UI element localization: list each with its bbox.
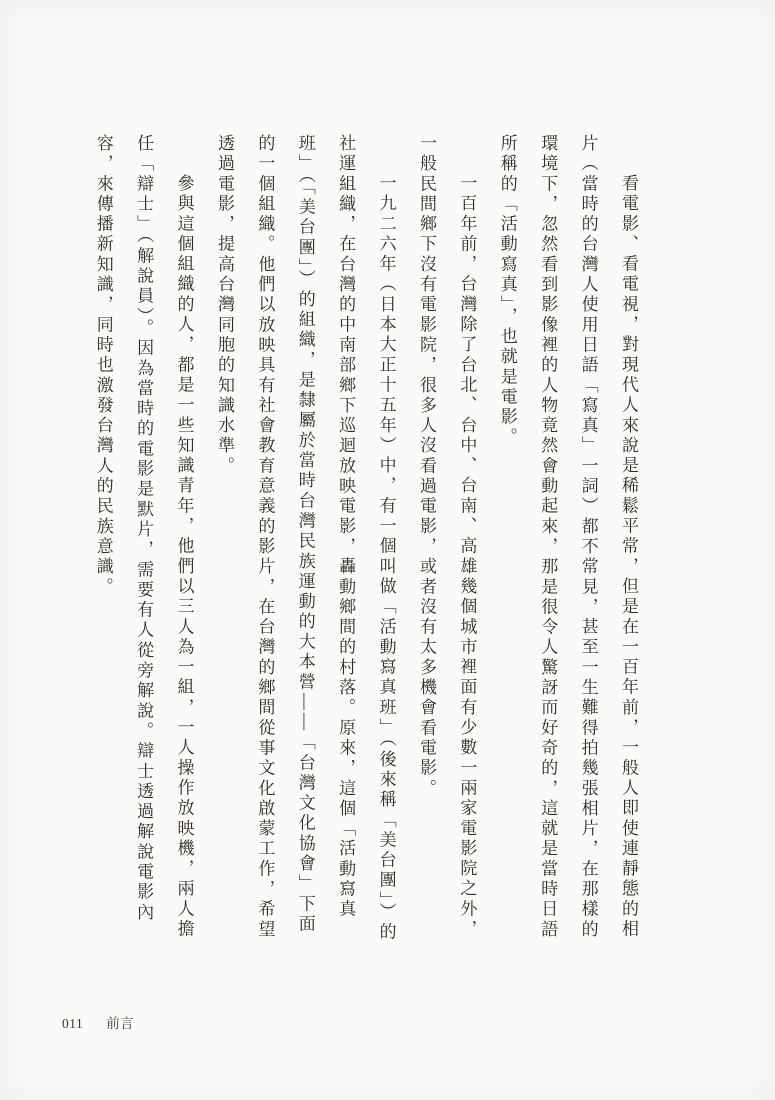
paragraph: 一九二六年（日本大正十五年）中，有一個叫做「活動寫真班」（後來稱「美台團」）的社… xyxy=(204,134,406,944)
paragraph: 一百年前，台灣除了台北、台中、台南、高雄幾個城市裡面有少數一兩家電影院之外，一般… xyxy=(406,134,487,944)
page-footer: 011 前言 xyxy=(62,1012,134,1032)
body-text: 看電影、看電視，對現代人來說是稀鬆平常，但是在一百年前，一般人即使連靜態的相片（… xyxy=(82,134,648,944)
section-title: 前言 xyxy=(106,1012,134,1032)
page-number: 011 xyxy=(62,1016,83,1032)
paragraph: 看電影、看電視，對現代人來說是稀鬆平常，但是在一百年前，一般人即使連靜態的相片（… xyxy=(486,134,648,944)
paragraph: 參與這個組織的人，都是一些知識青年，他們以三人為一組，一人操作放映機，兩人擔任「… xyxy=(82,134,203,944)
book-page: 看電影、看電視，對現代人來說是稀鬆平常，但是在一百年前，一般人即使連靜態的相片（… xyxy=(0,0,775,1100)
